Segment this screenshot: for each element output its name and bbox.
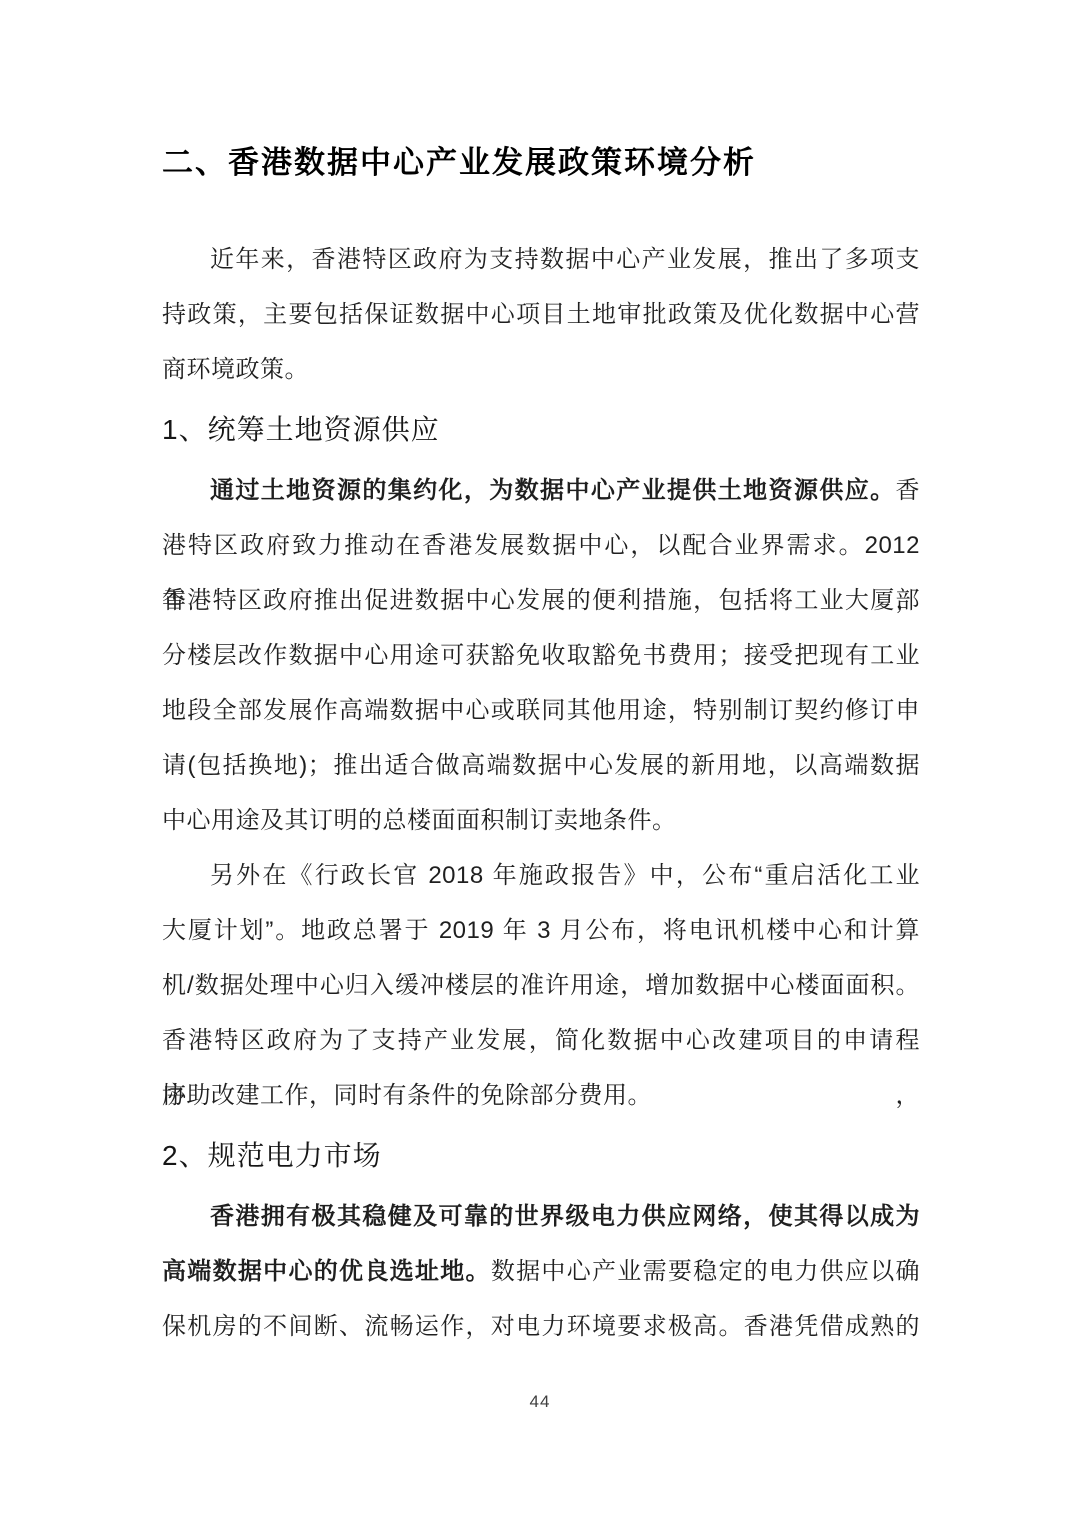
paragraph-2-line-3: 香港特区政府推出促进数据中心发展的便利措施，包括将工业大厦部	[162, 573, 920, 628]
paragraph-2-line-6: 请(包括换地)；推出适合做高端数据中心发展的新用地，以高端数据	[162, 738, 920, 793]
paragraph-2-line-5: 地段全部发展作高端数据中心或联同其他用途，特别制订契约修订申	[162, 683, 920, 738]
paragraph-2-line-4: 分楼层改作数据中心用途可获豁免收取豁免书费用；接受把现有工业	[162, 628, 920, 683]
paragraph-3-line-2: 大厦计划”。地政总署于 2019 年 3 月公布，将电讯机楼中心和计算	[162, 903, 920, 958]
document-title: 二、香港数据中心产业发展政策环境分析	[162, 140, 920, 186]
paragraph-3-line-1: 另外在《行政长官 2018 年施政报告》中，公布“重启活化工业	[162, 848, 920, 903]
paragraph-2-bold-lead: 通过土地资源的集约化，为数据中心产业提供土地资源供应。	[210, 477, 896, 504]
paragraph-2-line-2: 港特区政府致力推动在香港发展数据中心，以配合业界需求。2012 年，	[162, 518, 920, 573]
paragraph-2-line-1-rest: 香	[896, 477, 921, 504]
document-content: 二、香港数据中心产业发展政策环境分析 近年来，香港特区政府为支持数据中心产业发展…	[162, 140, 920, 1354]
paragraph-4-line-2: 高端数据中心的优良选址地。数据中心产业需要稳定的电力供应以确	[162, 1244, 920, 1299]
paragraph-2-line-1: 通过土地资源的集约化，为数据中心产业提供土地资源供应。香	[162, 463, 920, 518]
paragraph-4-line-3: 保机房的不间断、流畅运作，对电力环境要求极高。香港凭借成熟的	[162, 1299, 920, 1354]
paragraph-1-line-1: 近年来，香港特区政府为支持数据中心产业发展，推出了多项支	[162, 232, 920, 287]
paragraph-1-line-3: 商环境政策。	[162, 342, 920, 397]
paragraph-3-line-4: 香港特区政府为了支持产业发展，简化数据中心改建项目的申请程序，	[162, 1013, 920, 1068]
section-heading-1: 1、统筹土地资源供应	[162, 397, 920, 463]
paragraph-4-line-2-rest: 数据中心产业需要稳定的电力供应以确	[491, 1258, 920, 1285]
document-page: 二、香港数据中心产业发展政策环境分析 近年来，香港特区政府为支持数据中心产业发展…	[0, 0, 1080, 1527]
paragraph-2-line-7: 中心用途及其订明的总楼面面积制订卖地条件。	[162, 793, 920, 848]
page-number: 44	[0, 1392, 1080, 1412]
paragraph-4-bold-line-1: 香港拥有极其稳健及可靠的世界级电力供应网络，使其得以成为	[210, 1203, 920, 1230]
paragraph-4-line-1: 香港拥有极其稳健及可靠的世界级电力供应网络，使其得以成为	[162, 1189, 920, 1244]
paragraph-4-bold-line-2: 高端数据中心的优良选址地。	[162, 1258, 491, 1285]
paragraph-3-line-3: 机/数据处理中心归入缓冲楼层的准许用途，增加数据中心楼面面积。	[162, 958, 920, 1013]
section-heading-2: 2、规范电力市场	[162, 1123, 920, 1189]
paragraph-1-line-2: 持政策，主要包括保证数据中心项目土地审批政策及优化数据中心营	[162, 287, 920, 342]
